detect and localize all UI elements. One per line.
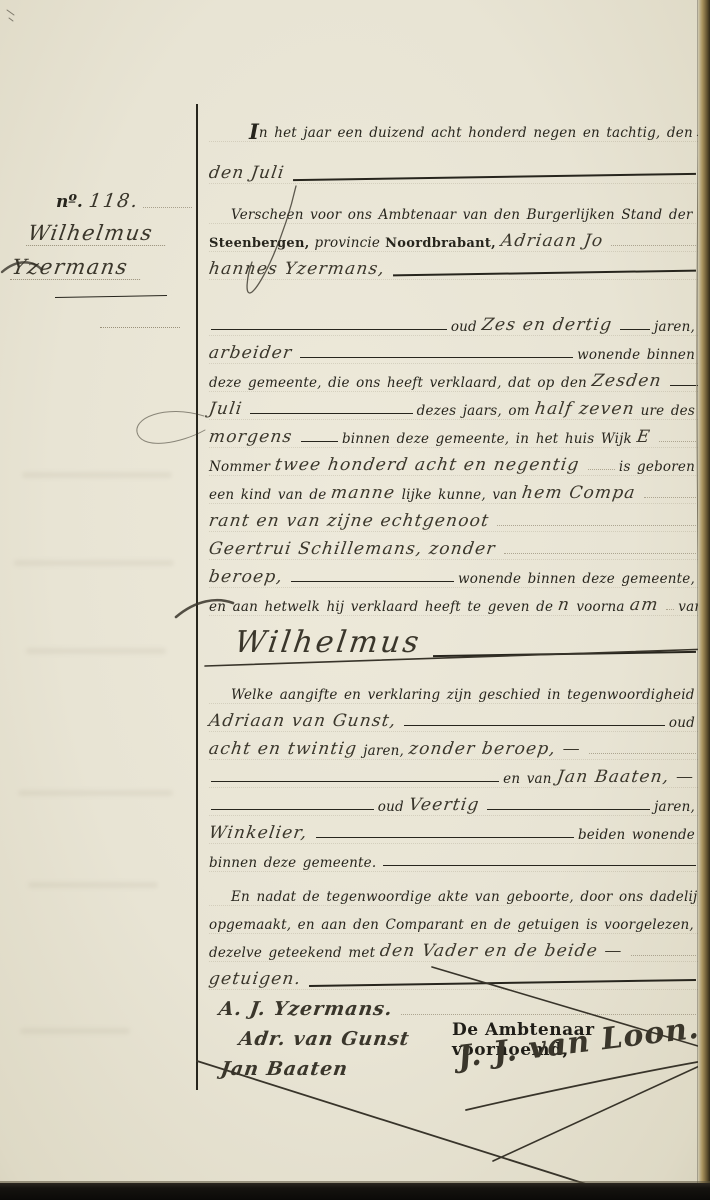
dotted-guide [659,441,696,442]
printed-text: voorna [576,599,624,615]
ink-rule [211,809,374,810]
pen-flourish-margin-loop [137,412,205,444]
pen-mark-top-left [7,10,14,21]
signature-text: Jan Baaten [219,1058,349,1080]
document-line: Geertrui Schillemans, zonder [209,532,700,560]
handwritten-text: Geertrui Schillemans, zonder [208,539,497,559]
handwritten-text: acht en twintig [208,739,359,759]
document-line: dezelve geteekend metden Vader en de bei… [209,934,700,962]
ink-rule [250,413,412,414]
handwritten-text: E [636,427,652,447]
dotted-guide [589,753,696,754]
handwritten-text: twee honderd acht en negentig [274,455,581,475]
birth-certificate-page: nº. 118. Wilhelmus Yzermans In het jaar … [0,0,710,1200]
document-line: oudZes en dertigjaren, [209,308,700,336]
show-through-mark [18,790,173,796]
child-surname-row: Yzermans [0,246,194,280]
ink-rule [487,809,650,810]
handwritten-text: manne [330,483,397,503]
document-line: opgemaakt, en aan den Comparant en de ge… [209,906,700,934]
photo-background-band [0,1183,710,1200]
printed-text: lijke kunne, van [402,487,518,503]
show-through-mark [22,472,172,478]
printed-text: ure des [641,403,695,419]
printed-text: en aan hetwelk hij verklaard heeft te ge… [209,599,553,615]
printed-dropcap: I [249,123,259,141]
document-line: Verscheen voor ons Ambtenaar van den Bur… [209,196,700,224]
child-name-row: Wilhelmus [0,212,194,246]
ink-rule [404,725,664,726]
printed-text: n het jaar een duizend acht honderd nege… [259,125,693,141]
handwritten-text: n [557,595,572,615]
printed-text: Steenbergen, [209,236,310,251]
printed-text: jaren, [654,799,695,815]
handwritten-text: rant en van zijne echtgenoot [208,511,491,531]
handwritten-text: Winkelier, [208,823,309,843]
dotted-guide [588,469,615,470]
dotted-guide [504,553,696,554]
printed-text: jaren, [654,319,695,335]
act-number-value: 118. [87,190,140,212]
margin-closing-line [55,295,167,298]
document-line: Julidezes jaars, omhalf zevenure des [209,392,700,420]
dotted-guide [143,203,192,208]
handwritten-text: hannes Yzermans, [208,259,387,279]
margin-annotation: nº. 118. Wilhelmus Yzermans [0,182,194,328]
printed-text: binnen deze gemeente, in het huis Wijk [342,431,632,447]
document-line: Winkelier,beiden wonende [209,816,700,844]
handwritten-text: den Juli [208,163,286,183]
document-line: Adriaan van Gunst,oud [209,704,700,732]
ink-rule [383,865,696,866]
handwritten-text: Adriaan van Gunst, [208,711,398,731]
printed-text: Welke aangifte en verklaring zijn geschi… [231,687,710,703]
printed-text: beiden wonende [578,827,695,843]
handwritten-text: Juli [208,399,244,419]
act-number-row: nº. 118. [0,182,194,212]
document-line: Wilhelmus [209,618,700,660]
margin-child-firstname: Wilhelmus [26,221,169,246]
printed-text: Verscheen voor ons Ambtenaar van den Bur… [231,207,710,223]
document-line: In het jaar een duizend acht honderd neg… [209,114,700,142]
show-through-mark [28,882,158,888]
ink-dash [670,385,700,386]
printed-text: opgemaakt, en aan den Comparant en de ge… [209,917,710,933]
margin-dotted-line [100,327,180,328]
margin-child-surname: Yzermans [10,255,144,280]
handwritten-text: beroep, [208,567,285,587]
handwritten-text: morgens [208,427,294,447]
book-edge-right [698,0,710,1184]
printed-text: Nommer [209,459,270,475]
handwritten-name: Wilhelmus [233,625,424,660]
show-through-mark [14,560,174,566]
dotted-guide [497,525,696,526]
document-line: oudVeertigjaren, [209,788,700,816]
dotted-guide [401,1014,696,1015]
document-line: hannes Yzermans, [209,252,700,280]
handwritten-text: am [628,595,659,615]
printed-text: is geboren [619,459,695,475]
ink-rule [211,329,447,330]
document-line: Welke aangifte en verklaring zijn geschi… [209,676,700,704]
document-line: arbeiderwonende binnen [209,336,700,364]
document-line: Nommertwee honderd acht en negentigis ge… [209,448,700,476]
document-line: rant en van zijne echtgenoot [209,504,700,532]
printed-text: een kind van de [209,487,326,503]
document-line: getuigen. [209,962,700,990]
handwritten-text: Adriaan Jo [500,231,605,251]
document-line: beroep,wonende binnen deze gemeente, [209,560,700,588]
dotted-guide [666,609,674,610]
printed-text: provincie [315,235,381,251]
document-line: morgensbinnen deze gemeente, in het huis… [209,420,700,448]
signature-text: Adr. van Gunst [237,1028,411,1050]
handwritten-text: den Vader en de beide — [379,941,625,961]
document-line: en vanJan Baaten, — [209,760,700,788]
document-line: En nadat de tegenwoordige akte van geboo… [209,878,700,906]
printed-text: binnen deze gemeente. [209,855,376,871]
printed-text: oud [378,799,404,815]
printed-text: Noordbrabant, [385,236,496,251]
handwritten-text: hem Compa [521,483,638,503]
printed-text: deze gemeente, die ons heeft verklaard, … [209,375,587,391]
handwritten-text: Veertig [407,795,480,815]
document-line: A. J. Yzermans. [209,990,700,1020]
printed-text: En nadat de tegenwoordige akte van geboo… [231,889,710,905]
printed-text: oud [669,715,695,731]
handwritten-text: zonder beroep, — [408,739,583,759]
dotted-guide [631,955,696,956]
signature-text: A. J. Yzermans. [217,998,394,1020]
document-line: den Juli [209,156,700,184]
printed-text: jaren, [363,743,404,759]
ink-rule [301,441,338,442]
act-number-label: nº. [56,192,83,212]
document-line: Steenbergen,provincieNoordbrabant,Adriaa… [209,224,700,252]
document-line: een kind van demannelijke kunne, vanhem … [209,476,700,504]
handwritten-text: Zesden [591,371,664,391]
show-through-mark [26,648,166,654]
ink-rule [300,357,573,358]
ink-rule [433,651,696,657]
printed-text: oud [451,319,477,335]
document-line: acht en twintigjaren,zonder beroep, — [209,732,700,760]
ink-rule [309,979,696,987]
printed-text: dezes jaars, om [417,403,530,419]
handwritten-text: half zeven [533,399,636,419]
printed-text: en van [503,771,552,787]
act-text-column: In het jaar een duizend acht honderd neg… [197,100,704,1080]
handwritten-text: arbeider [208,343,294,363]
handwritten-text: Jan Baaten, — [555,767,695,787]
document-line: binnen deze gemeente. [209,844,700,872]
ink-rule [211,781,499,782]
show-through-mark [20,1028,130,1034]
dotted-guide [611,245,696,246]
ink-rule [393,270,696,277]
ink-rule [293,173,696,181]
dotted-guide [644,497,696,498]
handwritten-text: Zes en dertig [480,315,613,335]
printed-text: dezelve geteekend met [209,945,375,961]
printed-text: wonende binnen [577,347,695,363]
printed-text: wonende binnen deze gemeente, [458,571,695,587]
handwritten-text: getuigen. [208,969,303,989]
document-line: en aan hetwelk hij verklaard heeft te ge… [209,588,700,616]
ink-rule [316,837,574,838]
ink-rule [291,581,454,582]
document-line: deze gemeente, die ons heeft verklaard, … [209,364,700,392]
ink-dash [620,329,650,330]
